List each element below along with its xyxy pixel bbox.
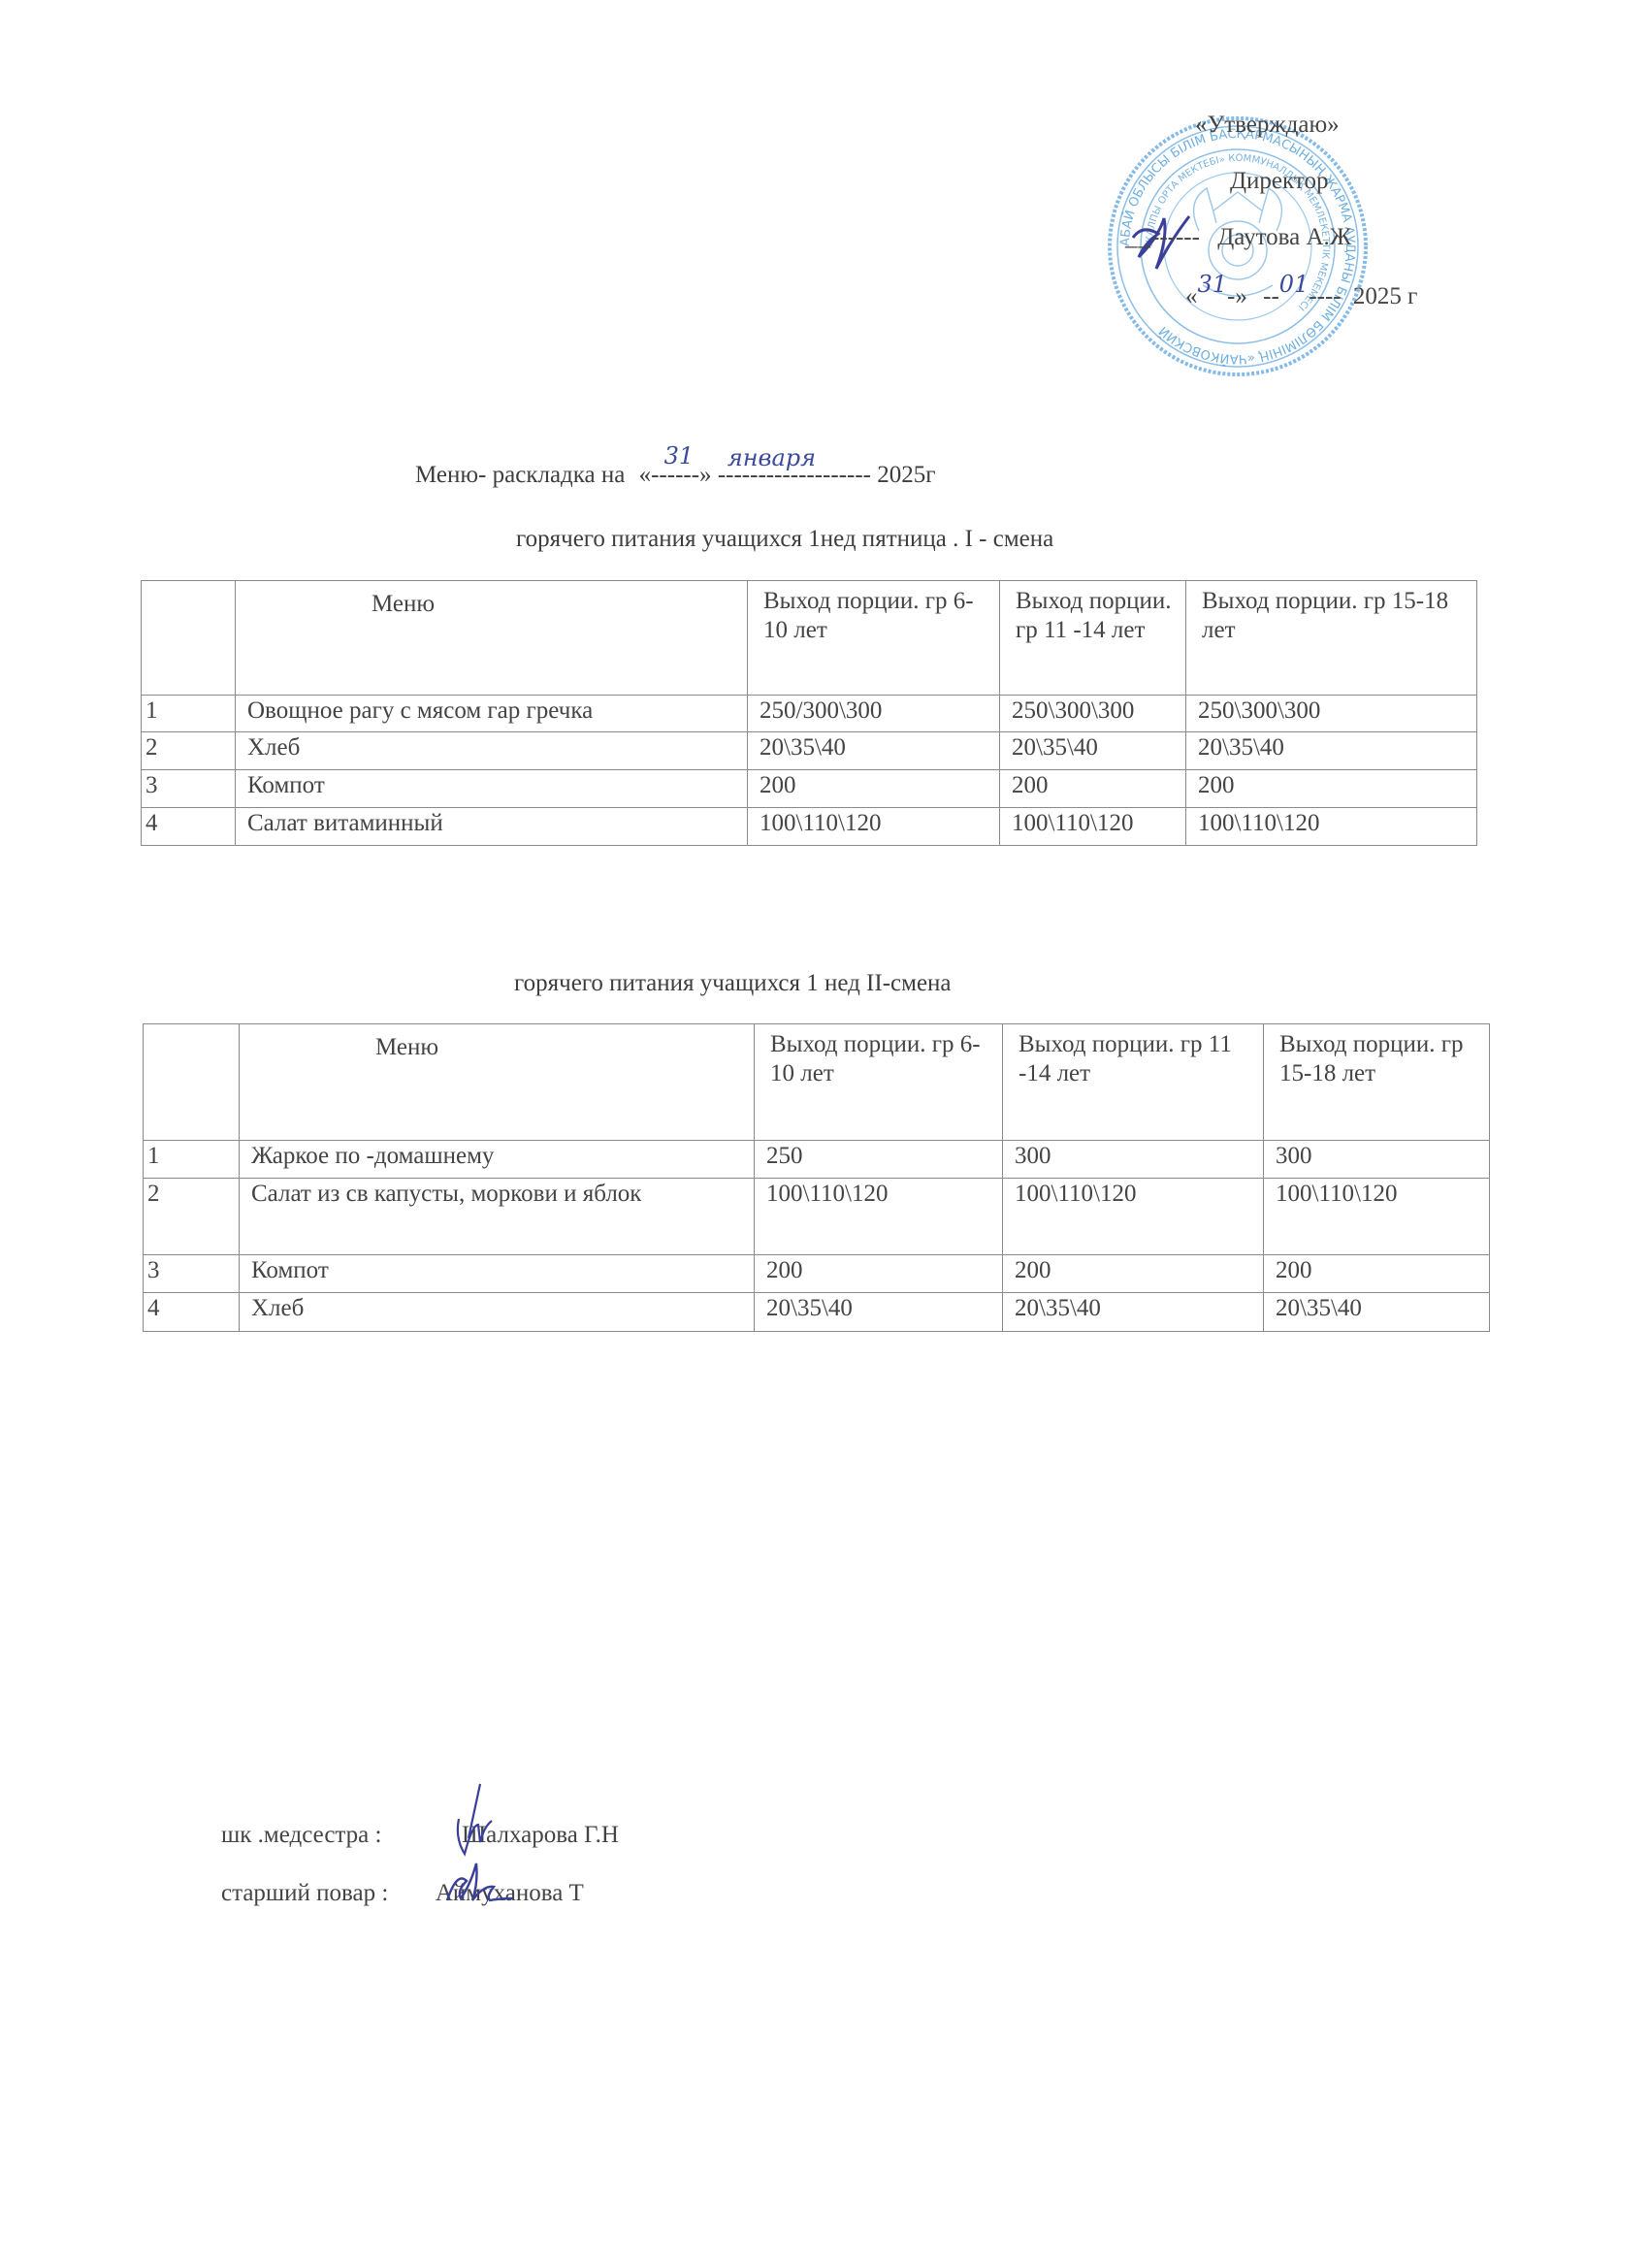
signature-nurse: шк .медсестра : Шалхарова Г.Н bbox=[221, 1822, 619, 1849]
table-row: 1 Жаркое по -домашнему 250 300 300 bbox=[144, 1141, 1490, 1179]
header-cell-num bbox=[144, 1024, 240, 1141]
header-cell-num bbox=[142, 581, 236, 696]
header-cell-age-11-14: Выход порции. гр 11 -14 лет bbox=[1000, 581, 1186, 696]
header-cell-age-6-10: Выход порции. гр 6-10 лет bbox=[748, 581, 1000, 696]
table-header-row: Меню Выход порции. гр 6-10 лет Выход пор… bbox=[142, 581, 1477, 696]
nurse-signature-icon bbox=[441, 1780, 509, 1867]
menu-table-shift2: Меню Выход порции. гр 6-10 лет Выход пор… bbox=[143, 1023, 1490, 1332]
approval-name: Даутова А.Ж bbox=[1217, 224, 1351, 250]
approval-title: «Утверждаю» bbox=[1195, 111, 1340, 140]
table-row: 3 Компот 200 200 200 bbox=[142, 770, 1477, 808]
section2-subtitle: горячего питания учащихся 1 нед II-смена bbox=[514, 970, 952, 997]
table-row: 1 Овощное рагу с мясом гар гречка 250/30… bbox=[142, 696, 1477, 732]
table-row: 2 Салат из св капусты, моркови и яблок 1… bbox=[144, 1179, 1490, 1255]
table-row: 4 Салат витаминный 100\110\120 100\110\1… bbox=[142, 808, 1477, 846]
table-header-row: Меню Выход порции. гр 6-10 лет Выход пор… bbox=[144, 1024, 1490, 1141]
document-title: Меню- раскладка на «------» 31 ---------… bbox=[415, 462, 936, 489]
handwritten-month: января bbox=[727, 444, 816, 471]
header-cell-menu: Меню bbox=[236, 581, 748, 696]
table-row: 2 Хлеб 20\35\40 20\35\40 20\35\40 bbox=[142, 732, 1477, 770]
header-cell-menu: Меню bbox=[240, 1024, 755, 1141]
signature-role: старший повар : bbox=[221, 1880, 388, 1906]
menu-table-shift1: Меню Выход порции. гр 6-10 лет Выход пор… bbox=[141, 580, 1477, 846]
handwritten-day: 31 bbox=[664, 442, 695, 470]
cook-signature-icon bbox=[441, 1858, 519, 1916]
approval-position: Директор bbox=[1230, 167, 1328, 196]
table-row: 4 Хлеб 20\35\40 20\35\40 20\35\40 bbox=[144, 1293, 1490, 1332]
header-cell-age-6-10: Выход порции. гр 6-10 лет bbox=[755, 1024, 1003, 1141]
signature-cook: старший повар : Аймуханова Т bbox=[221, 1880, 584, 1907]
approval-signature-line: __------ Даутова А.Ж bbox=[1125, 223, 1351, 252]
header-cell-age-11-14: Выход порции. гр 11 -14 лет bbox=[1003, 1024, 1264, 1141]
table-row: 3 Компот 200 200 200 bbox=[144, 1255, 1490, 1293]
header-cell-age-15-18: Выход порции. гр 15-18 лет bbox=[1186, 581, 1477, 696]
approval-date: «31-» --01---- 2025 г bbox=[1185, 281, 1417, 311]
header-cell-age-15-18: Выход порции. гр 15-18 лет bbox=[1264, 1024, 1490, 1141]
signature-role: шк .медсестра : bbox=[221, 1822, 381, 1848]
section1-subtitle: горячего питания учащихся 1нед пятница .… bbox=[516, 526, 1053, 553]
